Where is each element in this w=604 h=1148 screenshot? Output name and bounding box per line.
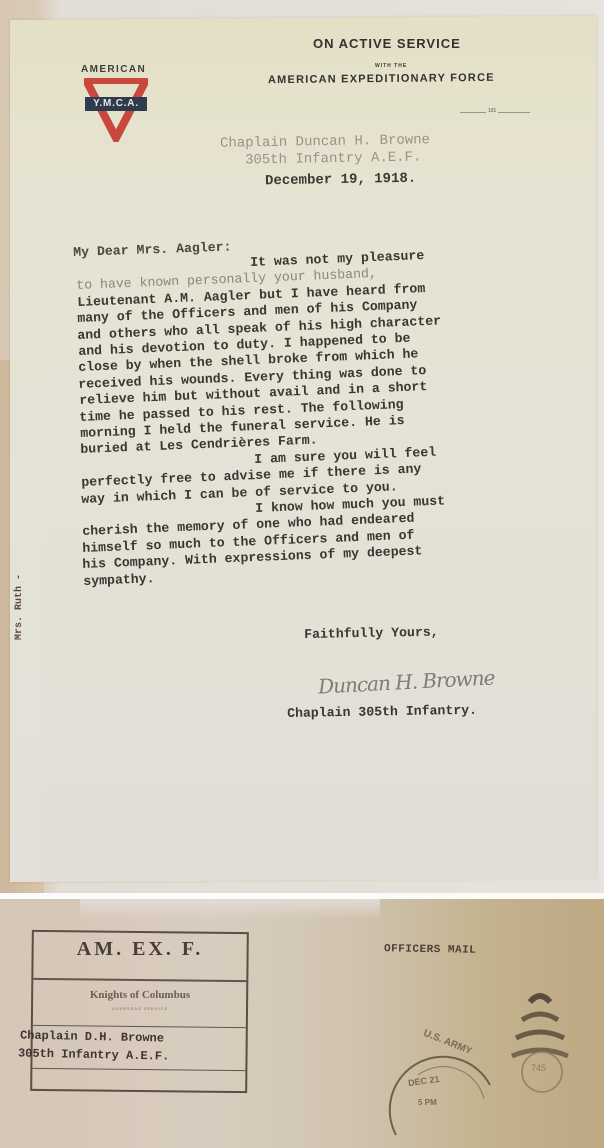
side-sheet-label: Mrs. Ruth - — [14, 574, 25, 640]
letter-date: December 19, 1918. — [265, 171, 416, 190]
letterhead-title: ON ACTIVE SERVICE — [313, 36, 461, 51]
stamp-divider — [32, 1068, 245, 1071]
stamp-divider — [33, 978, 246, 982]
closing: Faithfully Yours, — [304, 625, 439, 644]
stamp-organization: Knights of Columbus — [40, 989, 240, 1001]
letterhead-subtitle: WITH THE — [375, 63, 407, 69]
stamp-divider — [33, 1025, 246, 1028]
letterhead-organization: AMERICAN EXPEDITIONARY FORCE — [268, 72, 495, 86]
stamp-header: AM. EX. F. — [40, 938, 240, 961]
postmark-time: 5 PM — [418, 1098, 437, 1107]
date-year-placeholder: 191 — [486, 108, 498, 114]
sender-unit: 305th Infantry A.E.F. — [245, 149, 422, 168]
envelope-glare — [80, 899, 380, 919]
cancellation-mark-icon — [508, 990, 578, 1100]
ymca-logo-label: Y.M.C.A. — [85, 97, 147, 111]
signature-title: Chaplain 305th Infantry. — [287, 703, 477, 723]
body-line: sympathy. — [83, 571, 155, 590]
cancellation-number: 745 — [531, 1063, 546, 1073]
stamp-organization-sub: OVERSEAS SERVICE — [40, 1006, 240, 1011]
ymca-logo-caption: AMERICAN — [81, 64, 146, 75]
return-name: Chaplain D.H. Browne — [20, 1028, 164, 1045]
officers-mail-stamp: OFFICERS MAIL — [384, 943, 477, 957]
